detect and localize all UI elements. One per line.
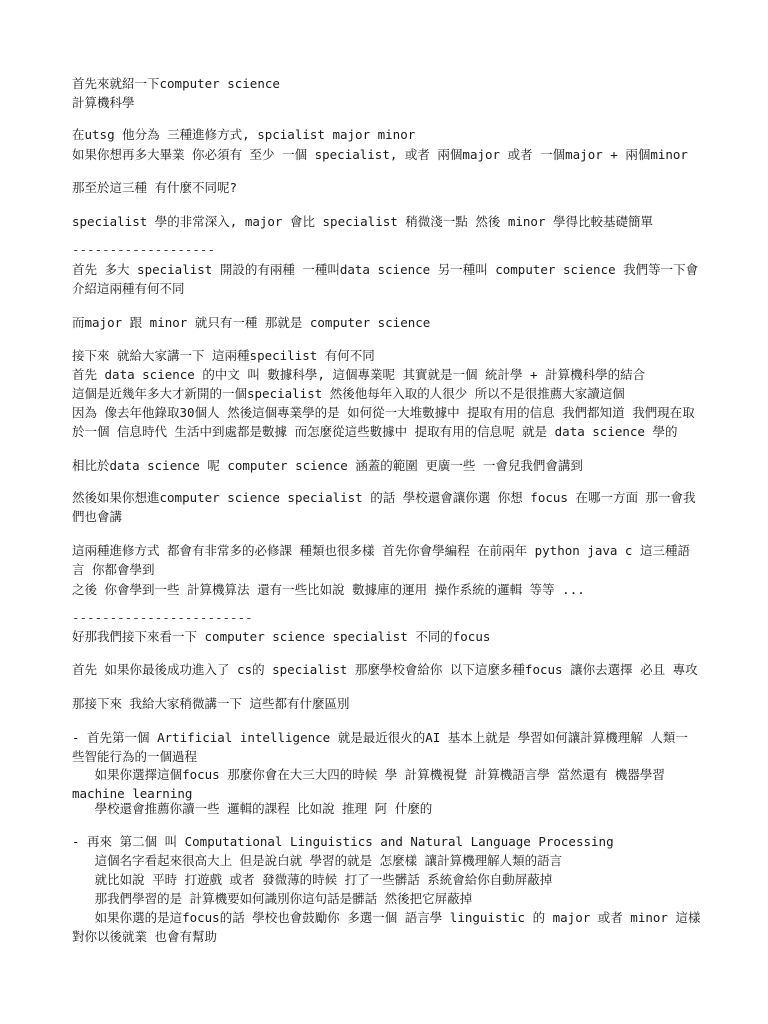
text-line: 這兩種進修方式 都會有非常多的必修課 種類也很多樣 首先你會學編程 在前兩年 p… [72, 542, 702, 579]
text-line: 之後 你會學到一些 計算機算法 還有一些比如說 數據庫的運用 操作系統的邏輯 等… [72, 581, 585, 599]
text-line: 這個是近幾年多大才新開的一個specialist 然後他每年入取的人很少 所以不… [72, 385, 625, 403]
text-line: 如果你想再多大畢業 你必須有 至少 一個 specialist, 或者 兩個ma… [72, 146, 688, 164]
text-line: specialist 學的非常深入, major 會比 specialist 稍… [72, 213, 653, 231]
text-line: 首先 data science 的中文 叫 數據科學, 這個專業呢 其實就是一個… [72, 366, 645, 384]
text-line: - 首先第一個 Artificial intelligence 就是最近很火的A… [72, 729, 702, 766]
text-line: 然後如果你想進computer science specialist 的話 學校… [72, 489, 702, 526]
text-line: 如果你選擇這個focus 那麼你會在大三大四的時候 學 計算機視覺 計算機語言學… [72, 766, 702, 803]
text-line: 學校還會推薦你讀一些 邏輯的課程 比如說 推理 阿 什麼的 [72, 800, 432, 818]
text-line: 首先來就紹一下computer science [72, 75, 280, 93]
text-line: 那接下來 我給大家稍微講一下 這些都有什麼區別 [72, 695, 350, 713]
text-line: 那至於這三種 有什麼不同呢? [72, 179, 237, 197]
text-line: 接下來 就給大家講一下 這兩種specilist 有何不同 [72, 347, 375, 365]
text-line: 就比如說 平時 打遊戲 或者 發微薄的時候 打了一些髒話 系統會給你自動屏蔽掉 [72, 871, 552, 889]
text-line: - 再來 第二個 叫 Computational Linguistics and… [72, 833, 614, 851]
text-line: 首先 多大 specialist 開設的有兩種 一種叫data science … [72, 261, 702, 298]
text-line: 這個名字看起來很高大上 但是說白就 學習的就是 怎麼樣 讓計算機理解人類的語言 [72, 852, 562, 870]
text-line: 那我們學習的是 計算機要如何識別你這句話是髒話 然後把它屏蔽掉 [72, 890, 472, 908]
text-line: 首先 如果你最後成功進入了 cs的 specialist 那麼學校會給你 以下這… [72, 661, 698, 679]
text-line: 在utsg 他分為 三種進修方式, spcialist major minor [72, 126, 415, 144]
text-line: 如果你選的是這focus的話 學校也會鼓勵你 多選一個 語言學 linguist… [72, 909, 702, 946]
text-line: 因為 像去年他錄取30個人 然後這個專業學的是 如何從一大堆數據中 提取有用的信… [72, 404, 695, 422]
text-line: 相比於data science 呢 computer science 涵蓋的範圍… [72, 457, 583, 475]
text-line: 於一個 信息時代 生活中到處都是數據 而怎麼從這些數據中 提取有用的信息呢 就是… [72, 423, 678, 441]
text-line: 而major 跟 minor 就只有一種 那就是 computer scienc… [72, 314, 430, 332]
divider-line: ------------------------ [72, 609, 253, 627]
divider-line: ------------------- [72, 241, 215, 259]
text-line: 好那我們接下來看一下 computer science specialist 不… [72, 628, 490, 646]
text-line: 計算機科學 [72, 94, 135, 112]
